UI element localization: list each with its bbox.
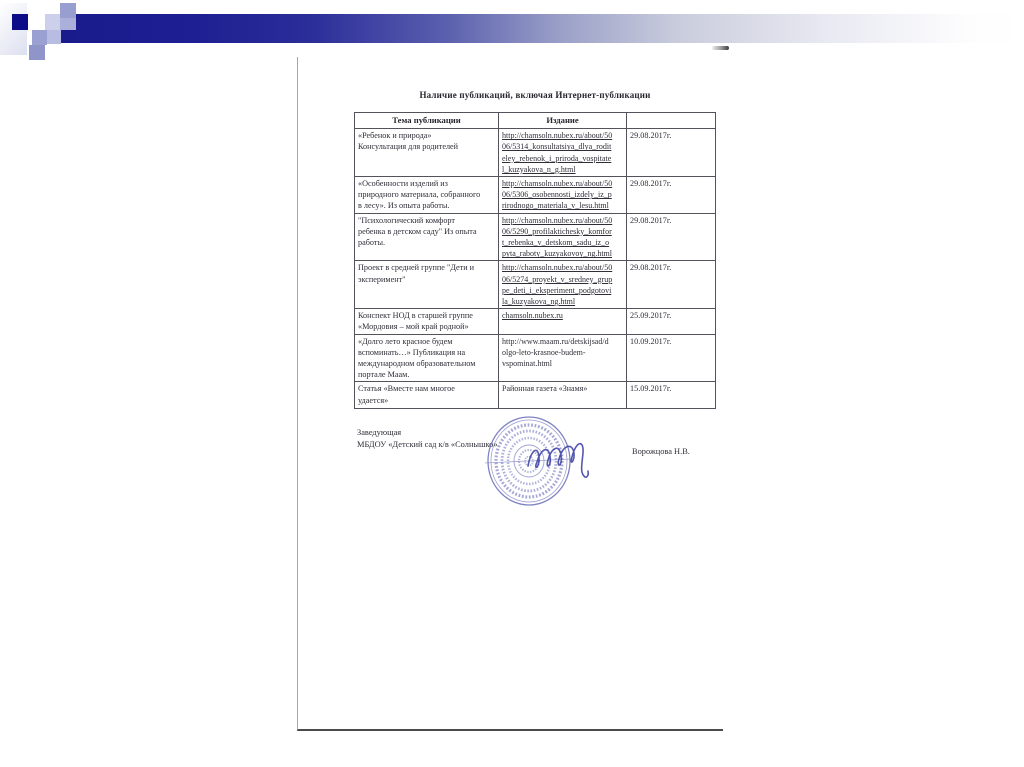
scan-smudge-mark — [712, 46, 729, 50]
date-cell: 29.08.2017г. — [627, 129, 716, 177]
date-cell: 29.08.2017г. — [627, 177, 716, 214]
handwritten-signature — [525, 438, 595, 484]
deco-square-medium-mid — [60, 18, 76, 30]
document-title: Наличие публикаций, включая Интернет-пуб… — [355, 90, 715, 100]
date-cell: 25.09.2017г. — [627, 309, 716, 334]
deco-square-low — [29, 45, 45, 60]
column-header-edition: Издание — [499, 113, 627, 129]
table-row: «Ребенок и природа» Консультация для род… — [355, 129, 716, 177]
signatory-position-line1: Заведующая — [357, 428, 401, 437]
deco-square-below-2 — [47, 30, 61, 44]
publications-table: Тема публикации Издание «Ребенок и приро… — [354, 112, 716, 409]
column-header-topic: Тема публикации — [355, 113, 499, 129]
date-cell: 29.08.2017г. — [627, 213, 716, 261]
column-header-date — [627, 113, 716, 129]
deco-square-light — [45, 14, 61, 30]
date-cell: 15.09.2017г. — [627, 382, 716, 409]
deco-square-below-1 — [32, 30, 47, 45]
scanned-document-page: Наличие публикаций, включая Интернет-пуб… — [297, 57, 723, 731]
deco-title-bar — [60, 14, 1024, 43]
edition-cell: http://www.maam.ru/detskijsad/d olgo-let… — [499, 334, 627, 382]
edition-cell: http://chamsoln.nubex.ru/about/50 06/531… — [499, 129, 627, 177]
table-row: Проект в средней группе "Дети и эксперим… — [355, 261, 716, 309]
topic-cell: Проект в средней группе "Дети и эксперим… — [355, 261, 499, 309]
edition-cell: http://chamsoln.nubex.ru/about/50 06/527… — [499, 261, 627, 309]
signatory-name: Ворожцова Н.В. — [632, 447, 690, 456]
edition-cell: http://chamsoln.nubex.ru/about/50 06/529… — [499, 213, 627, 261]
table-row: "Психологический комфорт ребенка в детск… — [355, 213, 716, 261]
table-header-row: Тема публикации Издание — [355, 113, 716, 129]
table-row: «Долго лето красное будем вспоминать…» П… — [355, 334, 716, 382]
edition-cell: chamsoln.nubex.ru — [499, 309, 627, 334]
presentation-slide: Наличие публикаций, включая Интернет-пуб… — [0, 0, 1024, 767]
table-row: Конспект НОД в старшей группе «Мордовия … — [355, 309, 716, 334]
topic-cell: Конспект НОД в старшей группе «Мордовия … — [355, 309, 499, 334]
table-row: «Особенности изделий из природного матер… — [355, 177, 716, 214]
deco-square-navy — [12, 14, 28, 30]
topic-cell: "Психологический комфорт ребенка в детск… — [355, 213, 499, 261]
topic-cell: «Особенности изделий из природного матер… — [355, 177, 499, 214]
date-cell: 29.08.2017г. — [627, 261, 716, 309]
topic-cell: «Ребенок и природа» Консультация для род… — [355, 129, 499, 177]
topic-cell: «Долго лето красное будем вспоминать…» П… — [355, 334, 499, 382]
deco-square-medium-top — [60, 3, 76, 18]
date-cell: 10.09.2017г. — [627, 334, 716, 382]
edition-cell: http://chamsoln.nubex.ru/about/50 06/530… — [499, 177, 627, 214]
